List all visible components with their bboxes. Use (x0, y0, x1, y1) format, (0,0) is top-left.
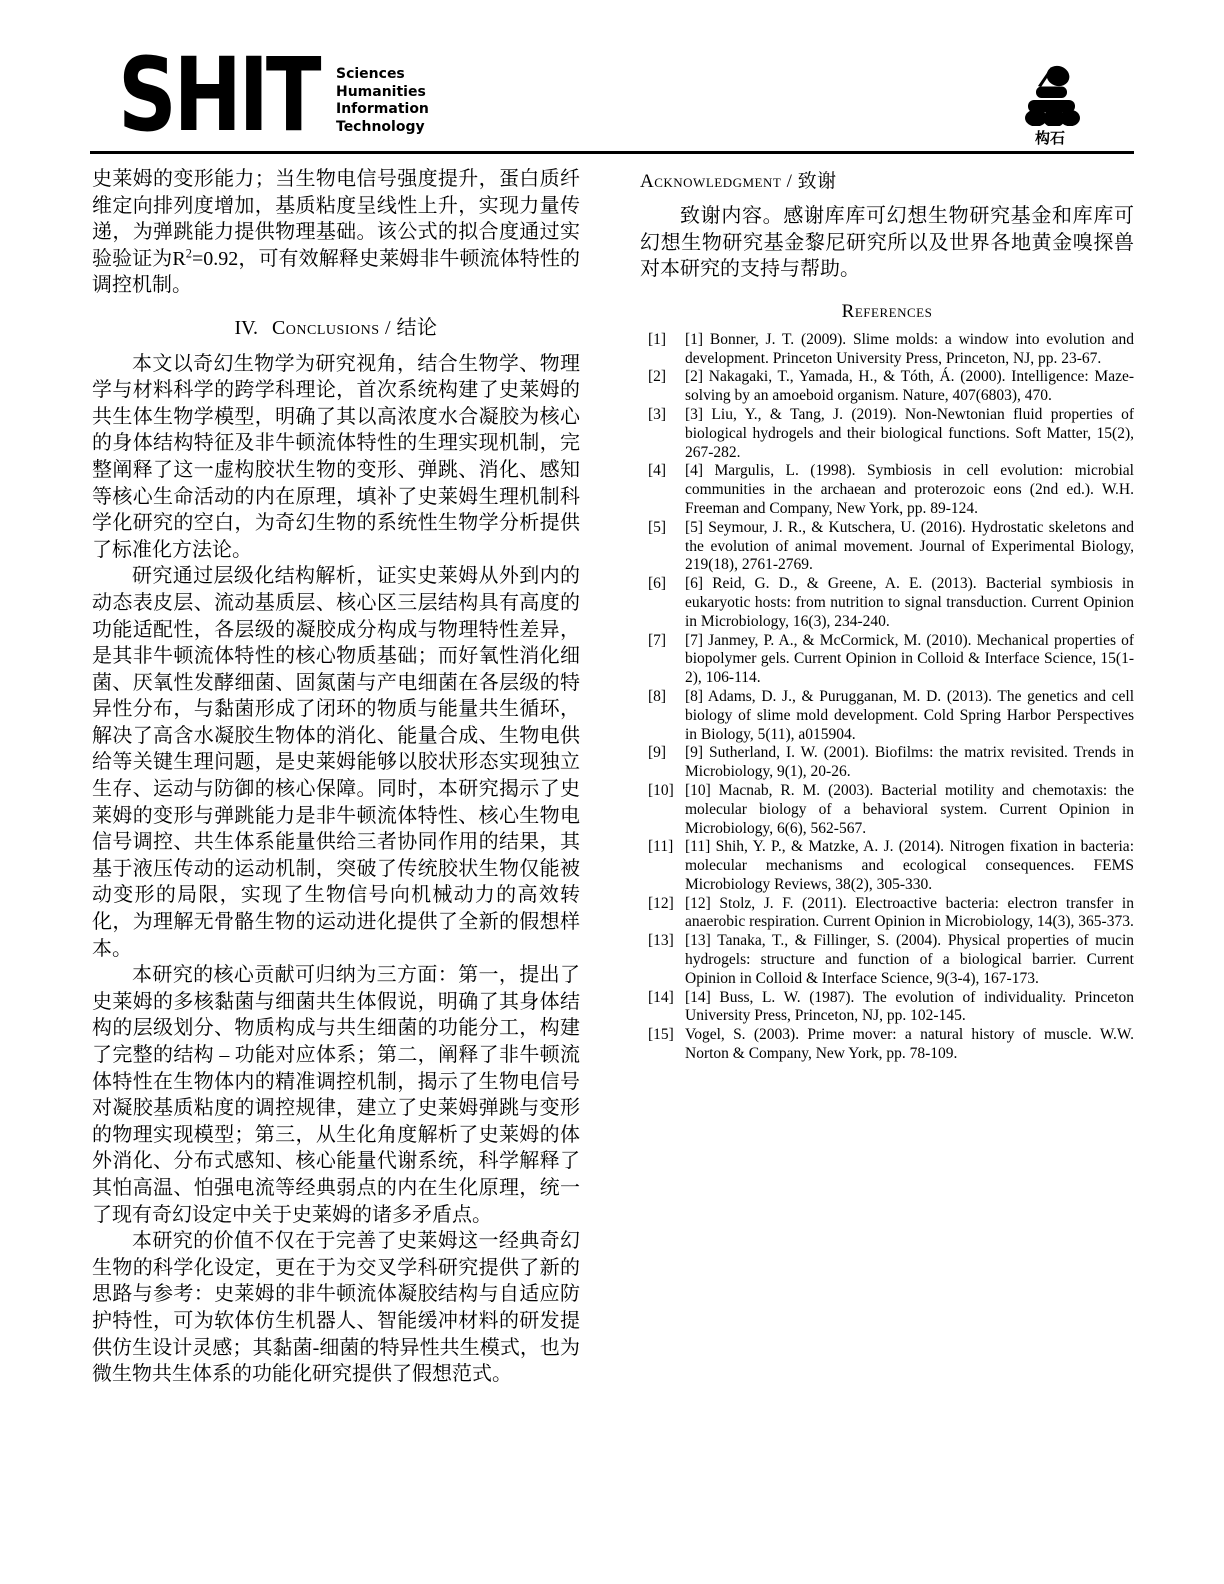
rock-cairn-icon (1017, 64, 1083, 126)
reference-item: [13][13] Tanaka, T., & Fillinger, S. (20… (648, 932, 1134, 988)
reference-text: [10] Macnab, R. M. (2003). Bacterial mot… (685, 782, 1134, 838)
conclusions-paragraph: 本研究的价值不仅在于完善了史莱姆这一经典奇幻生物的科学化设定，更在于为交叉学科研… (92, 1228, 580, 1388)
conclusions-paragraph: 研究通过层级化结构解析，证实史莱姆从外到内的动态表皮层、流动基质层、核心区三层结… (92, 563, 580, 962)
reference-item: [14][14] Buss, L. W. (1987). The evoluti… (648, 989, 1134, 1027)
conclusions-paragraph: 本文以奇幻生物学为研究视角，结合生物学、物理学与材料科学的跨学科理论，首次系统构… (92, 351, 580, 564)
right-column: Acknowledgment / 致谢 致谢内容。感谢库库可幻想生物研究基金和库… (640, 166, 1134, 1064)
reference-text: [9] Sutherland, I. W. (2001). Biofilms: … (685, 744, 1134, 782)
tagline-line: Information (336, 101, 429, 119)
reference-number: [1] (648, 331, 685, 350)
acknowledgment-heading: Acknowledgment / 致谢 (640, 166, 1134, 193)
reference-item: [9][9] Sutherland, I. W. (2001). Biofilm… (648, 744, 1134, 782)
reference-text: [2] Nakagaki, T., Yamada, H., & Tóth, Á.… (685, 368, 1134, 406)
journal-logo-acronym: SHIT (118, 56, 318, 136)
reference-item: [11][11] Shih, Y. P., & Matzke, A. J. (2… (648, 838, 1134, 894)
reference-number: [8] (648, 688, 685, 707)
reference-text: [1] Bonner, J. T. (2009). Slime molds: a… (685, 331, 1134, 369)
reference-number: [4] (648, 462, 685, 481)
reference-item: [7][7] Janmey, P. A., & McCormick, M. (2… (648, 632, 1134, 688)
reference-text: Vogel, S. (2003). Prime mover: a natural… (685, 1026, 1134, 1064)
reference-item: [15]Vogel, S. (2003). Prime mover: a nat… (648, 1026, 1134, 1064)
intro-paragraph: 史莱姆的变形能力；当生物电信号强度提升，蛋白质纤维定向排列度增加，基质粘度呈线性… (92, 166, 580, 299)
tagline-line: Sciences (336, 66, 429, 84)
reference-text: [4] Margulis, L. (1998). Symbiosis in ce… (685, 462, 1134, 518)
reference-number: [11] (648, 838, 685, 857)
journal-logo-tagline: Sciences Humanities Information Technolo… (336, 66, 429, 136)
reference-number: [12] (648, 895, 685, 914)
conclusions-section-title: Conclusions / 结论 (272, 317, 438, 339)
reference-number: [10] (648, 782, 685, 801)
reference-number: [6] (648, 575, 685, 594)
reference-text: [7] Janmey, P. A., & McCormick, M. (2010… (685, 632, 1134, 688)
left-column: 史莱姆的变形能力；当生物电信号强度提升，蛋白质纤维定向排列度增加，基质粘度呈线性… (92, 166, 580, 1388)
reference-number: [2] (648, 368, 685, 387)
references-list: [1][1] Bonner, J. T. (2009). Slime molds… (640, 331, 1134, 1064)
reference-item: [6][6] Reid, G. D., & Greene, A. E. (201… (648, 575, 1134, 631)
paper-page: SHIT Sciences Humanities Information Tec… (0, 0, 1224, 1584)
header-rule (90, 151, 1134, 154)
conclusions-paragraph: 本研究的核心贡献可归纳为三方面：第一，提出了史莱姆的多核黏菌与细菌共生体假说，明… (92, 962, 580, 1228)
reference-number: [9] (648, 744, 685, 763)
reference-item: [4][4] Margulis, L. (1998). Symbiosis in… (648, 462, 1134, 518)
reference-text: [14] Buss, L. W. (1987). The evolution o… (685, 989, 1134, 1027)
reference-item: [3][3] Liu, Y., & Tang, J. (2019). Non-N… (648, 406, 1134, 462)
reference-text: [13] Tanaka, T., & Fillinger, S. (2004).… (685, 932, 1134, 988)
publisher-logo: 构石 (1010, 64, 1090, 148)
reference-item: [12][12] Stolz, J. F. (2011). Electroact… (648, 895, 1134, 933)
reference-text: [12] Stolz, J. F. (2011). Electroactive … (685, 895, 1134, 933)
reference-item: [5][5] Seymour, J. R., & Kutschera, U. (… (648, 519, 1134, 575)
reference-number: [5] (648, 519, 685, 538)
conclusions-heading: IV.Conclusions / 结论 (92, 315, 580, 342)
reference-text: [3] Liu, Y., & Tang, J. (2019). Non-Newt… (685, 406, 1134, 462)
reference-item: [1][1] Bonner, J. T. (2009). Slime molds… (648, 331, 1134, 369)
publisher-name: 构石 (1035, 127, 1065, 148)
acknowledgment-paragraph: 致谢内容。感谢库库可幻想生物研究基金和库库可幻想生物研究基金黎尼研究所以及世界各… (640, 203, 1134, 283)
reference-item: [10][10] Macnab, R. M. (2003). Bacterial… (648, 782, 1134, 838)
tagline-line: Humanities (336, 84, 429, 102)
reference-text: [8] Adams, D. J., & Purugganan, M. D. (2… (685, 688, 1134, 744)
tagline-line: Technology (336, 119, 429, 137)
reference-number: [14] (648, 989, 685, 1008)
reference-text: [11] Shih, Y. P., & Matzke, A. J. (2014)… (685, 838, 1134, 894)
reference-item: [8][8] Adams, D. J., & Purugganan, M. D.… (648, 688, 1134, 744)
conclusions-section-number: IV. (234, 317, 258, 339)
reference-number: [13] (648, 932, 685, 951)
references-heading: References (640, 301, 1134, 323)
reference-item: [2][2] Nakagaki, T., Yamada, H., & Tóth,… (648, 368, 1134, 406)
reference-text: [5] Seymour, J. R., & Kutschera, U. (201… (685, 519, 1134, 575)
reference-number: [15] (648, 1026, 685, 1045)
journal-logo: SHIT Sciences Humanities Information Tec… (118, 56, 368, 136)
reference-number: [3] (648, 406, 685, 425)
reference-number: [7] (648, 632, 685, 651)
reference-text: [6] Reid, G. D., & Greene, A. E. (2013).… (685, 575, 1134, 631)
